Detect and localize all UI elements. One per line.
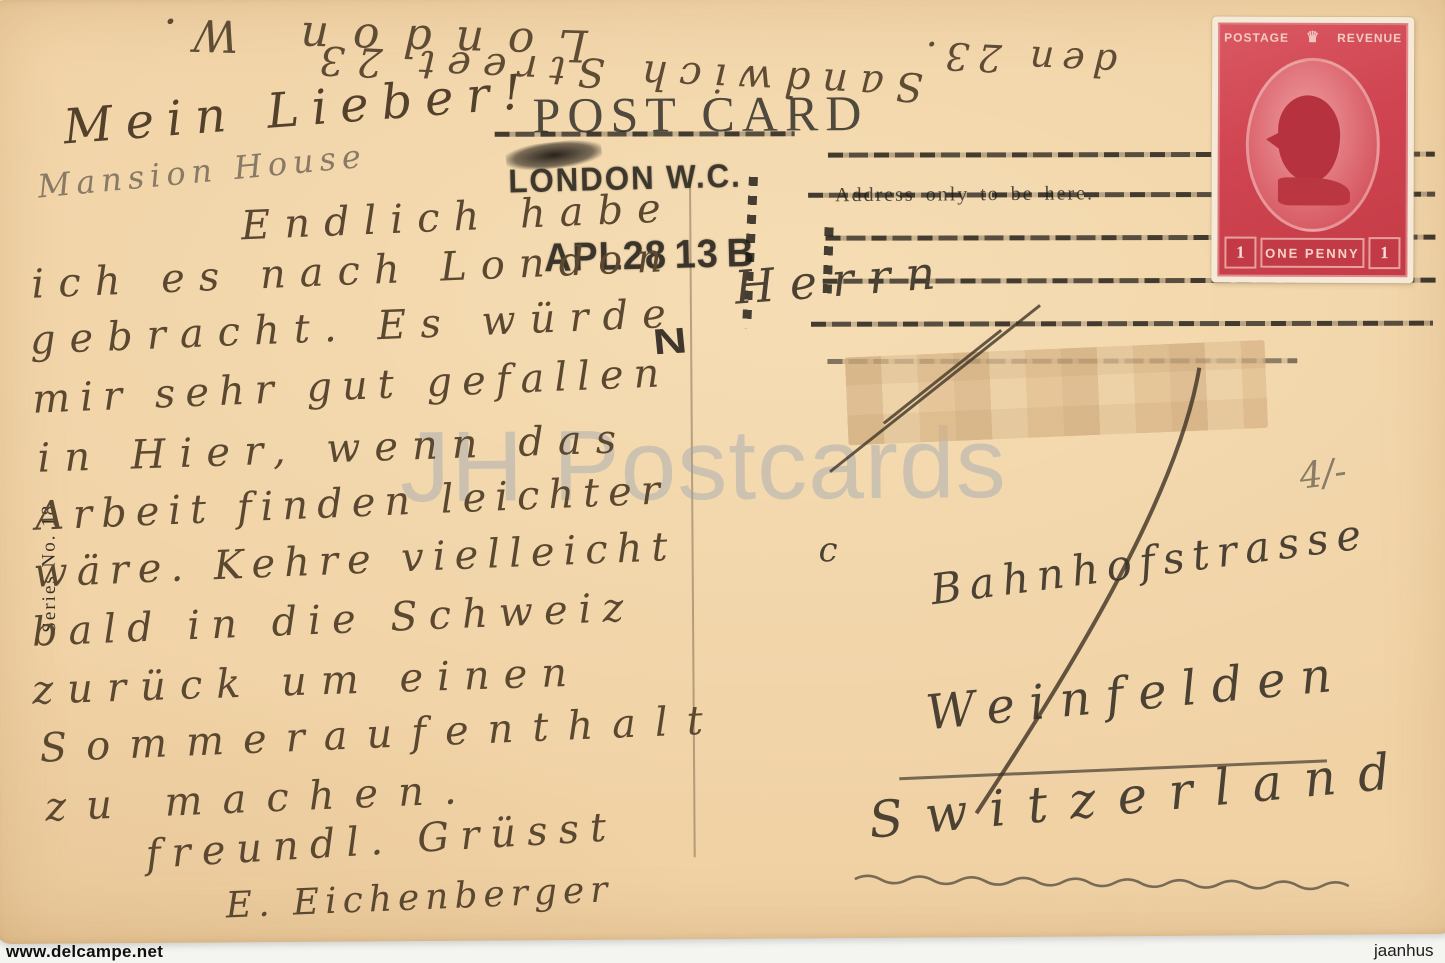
stamp-oval (1246, 58, 1381, 232)
postage-stamp: POSTAGE ♛ REVENUE 1 ONE PENNY 1 (1211, 17, 1414, 284)
message-line: bald in die Schweiz (31, 585, 635, 656)
pen-flourish (961, 360, 1214, 832)
crown-icon: ♛ (1306, 30, 1321, 45)
postcard: London W. Sandwich Street 23 den 23. POS… (0, 0, 1445, 944)
stamp-revenue-text: REVENUE (1337, 30, 1402, 44)
message-greeting: Mein Lieber! (61, 63, 536, 155)
seller-credit: jaanhus (1374, 941, 1434, 961)
recipient-salutation: Herrn (733, 244, 952, 314)
delcampe-watermark: www.delcampe.net (6, 942, 163, 962)
message-line: zurück um einen (31, 650, 581, 714)
stray-pen-mark: c (818, 530, 837, 570)
stamp-numeral-left: 1 (1224, 237, 1256, 269)
sender-note-line: den 23. (916, 32, 1118, 85)
stamp-postage-text: POSTAGE (1224, 30, 1289, 44)
pencil-price-mark: 4/- (1297, 451, 1349, 498)
country-wavy-underline (853, 870, 1353, 891)
king-george-v-profile (1278, 95, 1340, 181)
cancellation-line (495, 131, 795, 137)
stamp-denomination: ONE PENNY (1260, 238, 1364, 268)
stamp-numeral-right: 1 (1368, 237, 1400, 269)
stamp-frame: POSTAGE ♛ REVENUE 1 ONE PENNY 1 (1217, 23, 1408, 278)
cancellation-line (811, 321, 1433, 327)
message-signature: E. Eichenberger (225, 869, 614, 926)
